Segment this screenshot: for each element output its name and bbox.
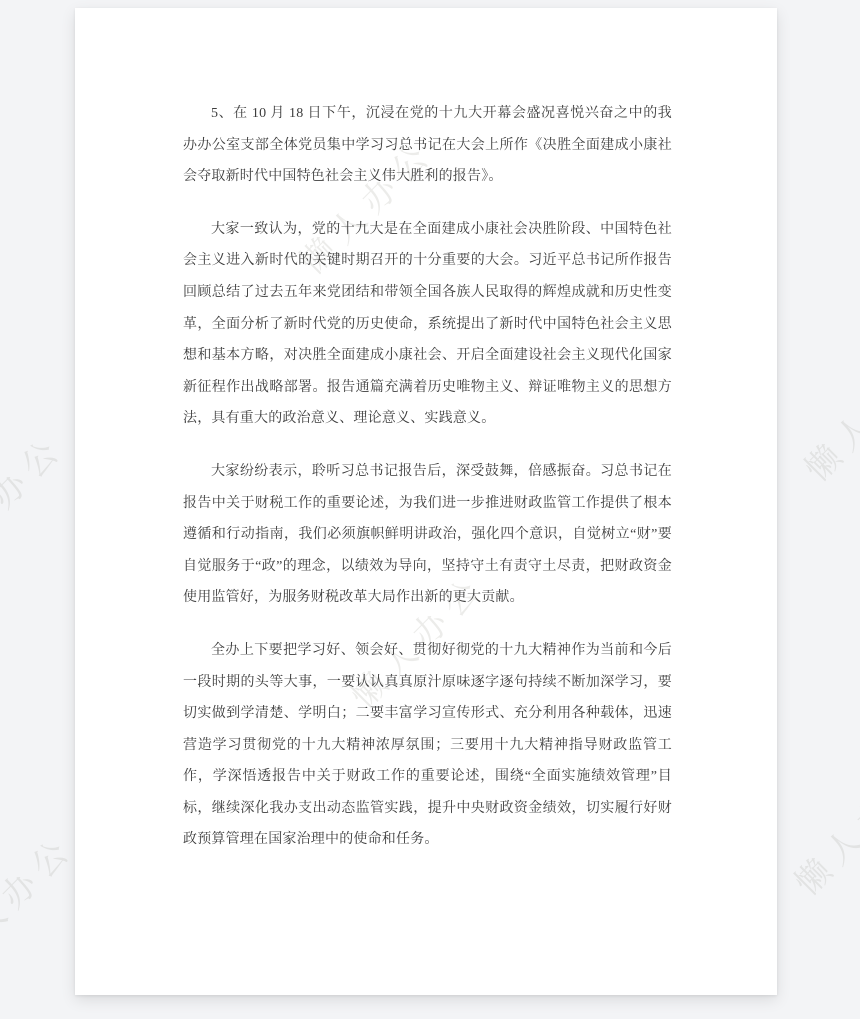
watermark: 懒人办公 — [0, 422, 73, 578]
watermark: 懒人办公 — [0, 822, 83, 978]
document-paragraph: 全办上下要把学习好、领会好、贯彻好彻党的十九大精神作为当前和今后一段时期的头等大… — [183, 635, 672, 856]
document-content: 5、在 10 月 18 日下午，沉浸在党的十九大开幕会盛况喜悦兴奋之中的我办办公… — [75, 8, 777, 995]
document-paragraph: 大家纷纷表示，聆听习总书记报告后，深受鼓舞，倍感振奋。习总书记在报告中关于财税工… — [183, 456, 672, 614]
document-viewer-canvas: 懒人办公 懒人办公 懒人办公 懒人办公 懒人办公 懒人办公 5、在 10 月 1… — [0, 0, 860, 1019]
document-paragraph: 大家一致认为，党的十九大是在全面建成小康社会决胜阶段、中国特色社会主义进入新时代… — [183, 214, 672, 435]
watermark: 懒人办公 — [782, 748, 860, 904]
watermark: 懒人办公 — [792, 334, 860, 490]
document-paragraph: 5、在 10 月 18 日下午，沉浸在党的十九大开幕会盛况喜悦兴奋之中的我办办公… — [183, 98, 672, 193]
